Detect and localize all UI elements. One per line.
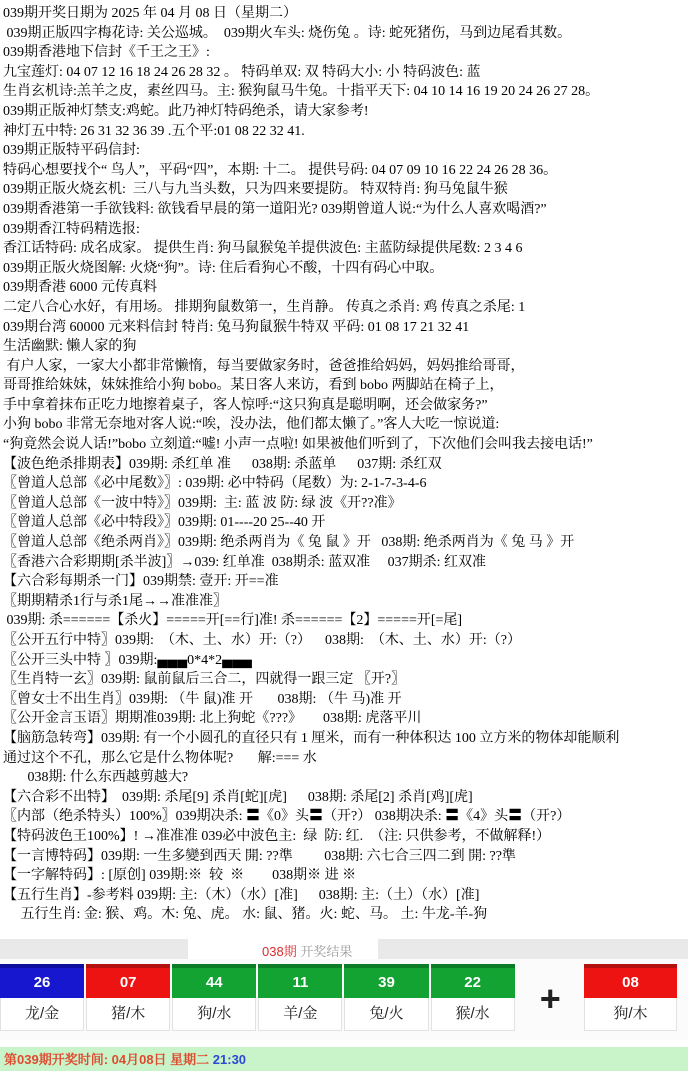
text-line: 039期香港地下信封《千王之王》: (3, 43, 688, 63)
text-line: 二定八合心水好，有用场。 排期狗鼠数第一，生肖静。 传真之杀肖: 鸡 传真之杀尾… (3, 298, 688, 318)
text-line: 039期台湾 60000 元来料信封 特肖: 兔马狗鼠猴牛特双 平码: 01 0… (3, 318, 688, 338)
text-line: 生活幽默: 懒人家的狗 (3, 337, 688, 357)
text-line: 小狗 bobo 非常无奈地对客人说:“唉，没办法，他们都太懒了。”客人大吃一惊说… (3, 415, 688, 435)
result-header-bar: 038期 开奖结果 (0, 939, 688, 959)
text-line: 哥哥推给妹妹，妹妹推给小狗 bobo。某日客人来访，看到 bobo 两脚站在椅子… (3, 376, 688, 396)
result-ball: 26 龙/金 (0, 964, 84, 1031)
text-line: 039期香港 6000 元传真料 (3, 278, 688, 298)
ball-number: 22 (431, 964, 515, 998)
ball-number: 44 (172, 964, 256, 998)
result-ball: 39 兔/火 (344, 964, 428, 1031)
text-line: 〖公开金言玉语〗期期准039期: 北上狗蛇《???》 038期: 虎落平川 (3, 709, 688, 729)
ball-zodiac-element: 兔/火 (344, 998, 428, 1031)
ball-zodiac-element: 猪/木 (86, 998, 170, 1031)
text-line: 通过这个不孔，那么它是什么物体呢? 解:=== 水 (3, 749, 688, 769)
text-line: 〖生肖特一玄〗039期: 鼠前鼠后三合二，四就得一跟三定 〖开?〗 (3, 670, 688, 690)
lottery-result-panel: 038期 开奖结果 26 龙/金 07 猪/木 44 狗/水 11 羊/金 39… (0, 939, 688, 1071)
text-line: 〖公开三头中特 〗039期:▄▄▄0*4*2▄▄▄ (3, 651, 688, 671)
text-line: 特码心想要找个“ 鸟人”，平码“四”，本期: 十二。 提供号码: 04 07 0… (3, 161, 688, 181)
text-line: 039期正版神灯禁支:鸡蛇。此乃神灯特码绝杀，请大家参考! (3, 102, 688, 122)
text-line: 有户人家，一家大小都非常懒惰，每当要做家务时，爸爸推给妈妈，妈妈推给哥哥， (3, 357, 688, 377)
text-line: 038期: 什么东西越剪越大? (3, 768, 688, 788)
text-line: 〖公开五行中特〗039期: （木、土、水）开:（?） 038期: （木、土、水）… (3, 631, 688, 651)
text-line: 039期香港第一手欲钱料: 欲钱看早晨的第一道阳光? 039期曾道人说:“为什么… (3, 200, 688, 220)
text-line: 神灯五中特: 26 31 32 36 39 .五个平:01 08 22 32 4… (3, 122, 688, 142)
next-draw-time-text: 第039期开奖时间: 04月08日 星期二 (4, 1052, 213, 1067)
ball-zodiac-element: 狗/水 (172, 998, 256, 1031)
ball-number: 11 (258, 964, 342, 998)
text-line: 【一字解特码】: [原创] 039期:※ 较 ※ 038期※ 进 ※ (3, 866, 688, 886)
special-ball-zodiac-element: 狗/木 (584, 998, 677, 1031)
result-ball: 07 猪/木 (86, 964, 170, 1031)
text-line: 香江话特码: 成名成家。 提供生肖: 狗马鼠猴兔羊提供波色: 主蓝防绿提供尾数:… (3, 239, 688, 259)
result-header-label: 开奖结果 (297, 944, 353, 959)
text-line: 【波色绝杀排期表】039期: 杀红单 准 038期: 杀蓝单 037期: 杀红双 (3, 455, 688, 475)
text-line: 【特码波色王100%】! →准准准 039必中波色主: 绿 防: 红. （注: … (3, 827, 688, 847)
result-issue-number: 038期 (262, 944, 297, 959)
text-line: 039期正版火烧图解: 火烧“狗”。诗: 住后看狗心不酸，十四有码心中取。 (3, 259, 688, 279)
ball-number: 26 (0, 964, 84, 998)
text-line: 039期开奖日期为 2025 年 04 月 08 日（星期二） (3, 4, 688, 24)
result-number-row: 26 龙/金 07 猪/木 44 狗/水 11 羊/金 39 兔/火 22 猴/… (0, 959, 688, 1040)
result-ball: 44 狗/水 (172, 964, 256, 1031)
text-line: 039期正版特平码信封: (3, 141, 688, 161)
result-ball: 11 羊/金 (258, 964, 342, 1031)
text-line: 039期正版火烧玄机: 三八与九当头数，只为四来要提防。 特双特肖: 狗马兔鼠牛… (3, 180, 688, 200)
ball-zodiac-element: 猴/水 (431, 998, 515, 1031)
lottery-tips-text-block: 039期开奖日期为 2025 年 04 月 08 日（星期二） 039期正版四字… (0, 0, 688, 925)
text-line: 【一言博特码】039期: 一生多變到西天 開: ??準 038期: 六七合三四二… (3, 847, 688, 867)
text-line: 〖曾道人总部《必中尾数》〗: 039期: 必中特码（尾数）为: 2-1-7-3-… (3, 474, 688, 494)
text-line: 〖曾道人总部《绝杀两肖》〗039期: 绝杀两肖为《 兔 鼠 》开 038期: 绝… (3, 533, 688, 553)
text-line: 五行生肖: 金: 猴、鸡。木: 兔、虎。 水: 鼠、猪。火: 蛇、马。 土: 牛… (3, 905, 688, 925)
result-special-ball: 08 狗/木 (584, 964, 677, 1031)
ball-number: 39 (344, 964, 428, 998)
text-line: 【六合彩每期杀一门】039期禁: 壹开: 开==准 (3, 572, 688, 592)
text-line: 【脑筋急转弯】039期: 有一个小圆孔的直径只有 1 厘米，而有一种体积达 10… (3, 729, 688, 749)
text-line: 【六合彩不出特】 039期: 杀尾[9] 杀肖[蛇][虎] 038期: 杀尾[2… (3, 788, 688, 808)
text-line: 039期正版四字梅花诗: 关公巡城。 039期火车头: 烧伤兔 。诗: 蛇死猪伤… (3, 24, 688, 44)
text-line: 039期: 杀======【杀火】=====开[==行]准! 杀======【2… (3, 611, 688, 631)
plus-icon: + (517, 964, 584, 1034)
text-line: 【五行生肖】-参考料 039期: 主:（木）（水）[准] 038期: 主:（土）… (3, 886, 688, 906)
next-draw-time-clock: 21:30 (213, 1052, 246, 1067)
text-line: 九宝莲灯: 04 07 12 16 18 24 26 28 32 。 特码单双:… (3, 63, 688, 83)
text-line: 〖曾女士不出生肖〗039期: （牛 鼠)准 开 038期: （牛 马)准 开 (3, 690, 688, 710)
result-ball: 22 猴/水 (431, 964, 515, 1031)
text-line: 〖内部（绝杀特头）100%〗039期决杀: 〓《0》头〓（开?） 038期决杀:… (3, 807, 688, 827)
text-line: “狗竟然会说人话!”bobo 立刻道:“嘘! 小声一点啦! 如果被他们听到了，下… (3, 435, 688, 455)
text-line: 〖香港六合彩期期[杀半波]〗→039: 红单准 038期杀: 蓝双准 037期杀… (3, 553, 688, 573)
text-line: 手中拿着抹布正吃力地擦着桌子，客人惊呼:“这只狗真是聪明啊，还会做家务?” (3, 396, 688, 416)
next-draw-time-bar: 第039期开奖时间: 04月08日 星期二 21:30 (0, 1047, 688, 1071)
text-line: 〖曾道人总部《一波中特》〗039期: 主: 蓝 波 防: 绿 波《开??准》 (3, 494, 688, 514)
special-ball-number: 08 (584, 964, 677, 998)
text-line: 〖期期精杀1行与杀1尾→→准准准〗 (3, 592, 688, 612)
result-header-text: 038期 开奖结果 (262, 941, 352, 960)
ball-zodiac-element: 羊/金 (258, 998, 342, 1031)
ball-zodiac-element: 龙/金 (0, 998, 84, 1031)
text-line: 生肖玄机诗:羔羊之皮，素丝四马。主: 猴狗鼠马牛兔。十指平天下: 04 10 1… (3, 82, 688, 102)
text-line: 〖曾道人总部《必中特段》〗039期: 01----20 25--40 开 (3, 513, 688, 533)
ball-number: 07 (86, 964, 170, 998)
text-line: 039期香江特码精选报: (3, 220, 688, 240)
